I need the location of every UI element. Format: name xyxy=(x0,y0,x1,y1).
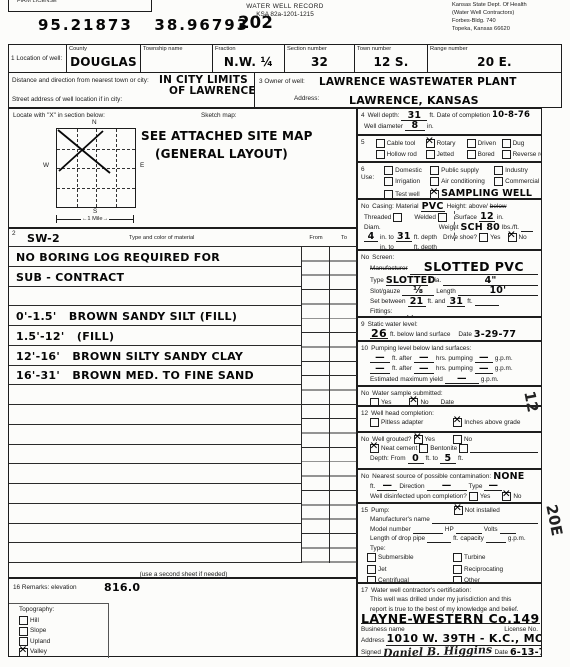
pump-volts-blank[interactable] xyxy=(500,525,516,534)
not-installed-checkbox[interactable]: ✕ xyxy=(454,506,463,515)
topography-item[interactable]: ✕ Valley xyxy=(19,648,108,657)
use-item-label: Public supply xyxy=(441,167,479,174)
screen-dia-value[interactable]: 4" xyxy=(443,276,538,286)
well-depth-value[interactable]: 31 xyxy=(401,111,427,121)
drill-method-checkbox[interactable] xyxy=(467,139,476,148)
log-row[interactable] xyxy=(9,425,301,445)
location-cell: Range number 20 E. xyxy=(428,45,561,72)
pump-type-label: Jet xyxy=(378,566,387,573)
drill-method-item-label: Reverse rotary xyxy=(513,151,542,158)
neat-cement-checkbox[interactable]: ✕ xyxy=(370,444,379,453)
casing-depth-value[interactable]: 31 xyxy=(396,232,412,242)
topography-item-label: Slope xyxy=(30,627,46,635)
firm-license-box: FIRM LICENSE xyxy=(8,0,152,12)
use-item[interactable]: Irrigation xyxy=(384,177,430,186)
log-row[interactable]: 16'-31' BROWN MED. TO FINE SAND xyxy=(9,366,301,386)
well-id-handwritten[interactable]: SW-2 xyxy=(27,232,60,245)
log-material-header: Type and color of material xyxy=(129,235,194,242)
topography-box: Topography: Hill Slope Upland ✕ Valley xyxy=(9,603,109,658)
grouted-yes-checkbox[interactable]: ✕ xyxy=(414,435,423,444)
section-pumping-level: 10Pumping level below land surfaces: —ft… xyxy=(357,341,542,386)
location-cell-label: Range number xyxy=(430,46,559,53)
topography-item[interactable]: Upland xyxy=(19,637,108,646)
use-checkbox[interactable] xyxy=(494,166,503,175)
location-cell-label: Township name xyxy=(143,46,210,53)
pump-type-checkbox[interactable] xyxy=(367,553,376,562)
agency-address-block: Kansas State Dept. Of Health(Water Well … xyxy=(452,2,564,34)
pump-model-blank[interactable] xyxy=(413,525,443,534)
compass-west-label: W xyxy=(43,162,49,170)
section-static-level: 9Static water level: 26ft. below land su… xyxy=(357,317,542,341)
form-title-block: WATER WELL RECORD KSA 82a-1201-1215 xyxy=(195,3,375,19)
owner-row-divider xyxy=(254,73,255,107)
scale-label-group: ←1 Mile→ xyxy=(81,216,110,223)
log-row[interactable] xyxy=(9,543,301,563)
log-row-text: NO BORING LOG REQUIRED FOR xyxy=(16,249,220,266)
topography-item[interactable]: Hill xyxy=(19,616,108,625)
log-row-text: 1.5'-12' (FILL) xyxy=(16,328,114,345)
use-other-value[interactable]: SAMPLING WELL xyxy=(441,188,532,199)
use-item-label: Commercial xyxy=(505,178,539,185)
pump-type-item[interactable]: Jet xyxy=(367,565,453,574)
log-row[interactable]: SUB - CONTRACT xyxy=(9,267,301,287)
pump-type-item[interactable]: Other xyxy=(453,576,538,583)
pump-hp-blank[interactable] xyxy=(456,525,482,534)
casing-weight-value[interactable]: SCH 80 xyxy=(460,223,500,232)
log-row[interactable]: NO BORING LOG REQUIRED FOR xyxy=(9,247,301,267)
log-row[interactable] xyxy=(9,287,301,307)
log-footer-note: (use a second sheet if needed) xyxy=(140,571,228,578)
log-footer: (use a second sheet if needed) xyxy=(9,563,358,579)
use-checkbox[interactable] xyxy=(384,190,393,199)
casing-divider xyxy=(454,211,455,241)
topography-item-label: Upland xyxy=(30,638,50,646)
pump-type-item[interactable]: Centrifugal xyxy=(367,576,453,583)
location-cell: Township name xyxy=(141,45,213,72)
log-header-row: 2 SW-2 Type and color of material From T… xyxy=(9,229,358,247)
location-cell-label: County xyxy=(69,46,138,53)
section-casing: NoCasing:MaterialPVCHeight: above/below … xyxy=(357,199,542,250)
section-screen: NoScreen: ManufacturerSLOTTED PVC TypeSL… xyxy=(357,250,542,317)
drive-shoe-no-checkbox[interactable]: ✕ xyxy=(508,233,517,242)
drill-method-checkbox[interactable] xyxy=(467,150,476,159)
sample-date-blank[interactable] xyxy=(456,398,484,406)
drill-method-checkbox[interactable] xyxy=(502,139,511,148)
section-grouting: NoWell grouted?✕YesNo ✕Neat cementBenton… xyxy=(357,432,542,469)
pump-type-checkbox[interactable] xyxy=(367,576,376,583)
use-other-item[interactable]: ✕ SAMPLING WELL xyxy=(430,188,539,199)
well-diameter-value[interactable]: 8 xyxy=(405,121,425,131)
topography-item[interactable]: Slope xyxy=(19,627,108,636)
log-section-no: 2 xyxy=(12,230,16,238)
location-cell: Town number 12 S. xyxy=(355,45,428,72)
completion-date-value[interactable]: 10-8-76 xyxy=(492,111,530,120)
log-row-text: 16'-31' BROWN MED. TO FINE SAND xyxy=(16,367,254,384)
pumping-gpm-2[interactable]: — xyxy=(475,364,493,374)
owner-value[interactable]: LAWRENCE WASTEWATER PLANT xyxy=(319,76,517,88)
drill-method-item[interactable]: Dug xyxy=(502,139,542,148)
casing-depth2-blank[interactable] xyxy=(396,243,412,251)
casing-diam-value[interactable]: 4 xyxy=(364,232,378,242)
estimated-yield[interactable]: — xyxy=(445,374,479,384)
use-item-label: Domestic xyxy=(395,167,422,174)
section-grid[interactable] xyxy=(56,128,136,208)
use-checkbox[interactable] xyxy=(384,166,393,175)
use-other-checkbox[interactable]: ✕ xyxy=(430,190,439,199)
pump-type-item[interactable]: Turbine xyxy=(453,553,538,562)
log-row-text: 0'-1.5' BROWN SANDY SILT (FILL) xyxy=(16,308,237,325)
log-row-text: 12'-16' BROWN SILTY SANDY CLAY xyxy=(16,348,243,365)
distance-value-line2[interactable]: OF LAWRENCE xyxy=(169,85,256,97)
use-checkbox[interactable] xyxy=(430,177,439,186)
agency-address-line: Kansas State Dept. Of Health xyxy=(452,2,564,9)
agency-address-line: (Water Well Contractors) xyxy=(452,10,564,17)
business-name-value: LAYNE-WESTERN Co. xyxy=(361,614,512,623)
topography-label: Topography: xyxy=(19,606,108,614)
use-item-label: Irrigation xyxy=(395,178,420,185)
pumping-hrs-1[interactable]: — xyxy=(414,353,434,363)
drill-method-item-label: Dug xyxy=(513,140,525,147)
above-grade-checkbox[interactable]: ✕ xyxy=(453,418,462,427)
casing-diam2-blank[interactable] xyxy=(364,243,378,251)
pumping-ft-1[interactable]: — xyxy=(370,353,390,363)
pump-type-label: Reciprocating xyxy=(464,566,503,573)
disinfected-no-checkbox[interactable]: ✕ xyxy=(502,492,511,501)
section-well-depth: 4Well depth:31ft.Date of completion10-8-… xyxy=(357,108,542,135)
grouted-no-checkbox[interactable] xyxy=(453,435,462,444)
owner-label: Owner of well: xyxy=(264,78,305,85)
log-row[interactable]: 1.5'-12' (FILL) xyxy=(9,326,301,346)
pump-type-checkbox[interactable] xyxy=(453,553,462,562)
drill-method-checkbox[interactable] xyxy=(376,150,385,159)
pump-drop-blank[interactable] xyxy=(427,534,451,543)
grout-other-checkbox[interactable] xyxy=(459,444,468,453)
certification-date-value[interactable]: 6-13-77 xyxy=(510,648,538,658)
log-row[interactable]: 12'-16' BROWN SILTY SANDY CLAY xyxy=(9,346,301,366)
use-item[interactable]: Public supply xyxy=(430,166,494,175)
grout-to-value[interactable]: 5 xyxy=(440,454,456,464)
location-row: 1 Location of well: County DOUGLAS Towns… xyxy=(8,44,562,73)
use-checkbox[interactable] xyxy=(384,177,393,186)
use-item-label: Industry xyxy=(505,167,528,174)
location-row-label-cell: 1 Location of well: xyxy=(9,45,67,72)
log-from-header: From xyxy=(303,235,329,242)
location-cell-value[interactable]: 12 S. xyxy=(357,55,425,69)
drill-method-item[interactable]: Hollow rod xyxy=(376,150,426,159)
disinfected-yes-checkbox[interactable] xyxy=(469,492,478,501)
remarks-label-group: 16 Remarks: elevation xyxy=(13,584,77,592)
location-cell: County DOUGLAS xyxy=(67,45,141,72)
form-title: WATER WELL RECORD xyxy=(195,3,375,11)
bentonite-checkbox[interactable] xyxy=(419,444,428,453)
static-level-date[interactable]: 3-29-77 xyxy=(474,330,516,339)
log-to-column[interactable] xyxy=(329,247,358,563)
screen-manufacturer-value: SLOTTED PVC xyxy=(424,259,524,274)
drill-method-item[interactable]: Reverse rotary xyxy=(502,150,542,159)
welded-checkbox[interactable] xyxy=(438,213,447,222)
water-well-record-form: FIRM LICENSE 95.21873 38.96793 202 WATER… xyxy=(0,0,570,667)
screen-slot-value[interactable]: ⅛ xyxy=(402,286,434,296)
use-item[interactable]: Commercial xyxy=(494,177,539,186)
mile-scale: ←1 Mile→ xyxy=(56,215,134,223)
lithology-log: 2 SW-2 Type and color of material From T… xyxy=(8,228,357,578)
sketch-note-line2: (GENERAL LAYOUT) xyxy=(155,147,288,161)
drill-method-checkbox[interactable]: ✕ xyxy=(426,139,435,148)
pump-type-checkbox[interactable] xyxy=(453,565,462,574)
drill-method-item-label: Hollow rod xyxy=(387,151,417,158)
owner-address-value[interactable]: LAWRENCE, KANSAS xyxy=(349,94,479,107)
location-cells: County DOUGLAS Township name Fraction N.… xyxy=(67,45,561,72)
log-row[interactable]: 0'-1.5' BROWN SANDY SILT (FILL) xyxy=(9,306,301,326)
contamination-ft[interactable]: — xyxy=(377,481,397,491)
use-item[interactable]: Test well xyxy=(384,188,430,199)
grout-other-blank[interactable] xyxy=(470,444,538,453)
sketch-map-label: Sketch map: xyxy=(201,112,237,120)
pump-type-item[interactable]: Submersible xyxy=(367,553,453,562)
scale-tick-right xyxy=(133,215,134,223)
drill-method-item-label: Bored xyxy=(478,151,495,158)
distance-label: Distance and direction from nearest town… xyxy=(12,77,149,85)
use-item-label: Test well xyxy=(395,191,420,198)
drive-shoe-yes-checkbox[interactable] xyxy=(479,233,488,242)
log-row[interactable] xyxy=(9,405,301,425)
compass-east-label: E xyxy=(140,162,144,170)
pump-type-checkbox[interactable] xyxy=(453,576,462,583)
location-cell-value[interactable]: 20 E. xyxy=(430,55,559,69)
topography-checkbox[interactable] xyxy=(19,616,28,625)
pumping-ft-2[interactable]: — xyxy=(370,364,390,374)
drill-method-items: Cable tool ✕ Rotary Driven Dug Hollow ro… xyxy=(376,139,542,159)
sample-no-checkbox[interactable]: ✕ xyxy=(409,398,418,406)
remarks-label: Remarks: elevation xyxy=(22,584,77,591)
license-number-value: 149 xyxy=(512,614,539,623)
signature-value: Daniel B. Higgins xyxy=(383,645,492,657)
section-contamination: NoNearest source of possible contaminati… xyxy=(357,469,542,503)
topography-checkbox[interactable] xyxy=(19,627,28,636)
drill-method-item[interactable]: ✕ Rotary xyxy=(426,139,467,148)
form-statute: KSA 82a-1201-1215 xyxy=(195,11,375,19)
sketch-area: Locate with "X" in section below: Sketch… xyxy=(8,108,357,228)
log-rows: NO BORING LOG REQUIRED FORSUB - CONTRACT… xyxy=(9,247,301,563)
topography-item-label: Hill xyxy=(30,617,39,625)
section-water-sample: NoWater sample submitted: Yes✕NoDate xyxy=(357,386,542,406)
drill-method-no: 5 xyxy=(361,139,365,147)
log-row[interactable] xyxy=(9,464,301,484)
location-cell-value[interactable]: DOUGLAS xyxy=(69,55,138,69)
topography-checkbox[interactable]: ✕ xyxy=(19,648,28,657)
compass-north-label: N xyxy=(92,119,97,127)
casing-weight-blank[interactable] xyxy=(521,223,533,232)
threaded-checkbox[interactable] xyxy=(393,213,402,222)
use-label-group: 6 Use: xyxy=(361,166,374,182)
x-mark xyxy=(57,129,135,207)
pump-type-checkbox[interactable] xyxy=(367,565,376,574)
drill-method-item-label: Driven xyxy=(478,140,496,147)
section-wellhead: 12Well head completion: Pitless adapter✕… xyxy=(357,406,542,432)
owner-row: Distance and direction from nearest town… xyxy=(8,73,562,108)
log-row[interactable] xyxy=(9,524,301,544)
business-name-line[interactable]: LAYNE-WESTERN Co.149 xyxy=(361,614,540,624)
use-checkbox[interactable] xyxy=(494,177,503,186)
use-item[interactable]: Air conditioning xyxy=(430,177,494,186)
section-drill-method: 5 Cable tool ✕ Rotary Driven Dug Hollow … xyxy=(357,135,542,162)
location-row-label: 1 Location of well: xyxy=(11,55,62,62)
drill-method-item[interactable]: Bored xyxy=(467,150,502,159)
location-cell: Section number 32 xyxy=(285,45,355,72)
pump-type-label: Turbine xyxy=(464,554,485,561)
drill-method-item-label: Rotary xyxy=(437,140,456,147)
pitless-checkbox[interactable] xyxy=(370,418,379,427)
screen-set-blank[interactable] xyxy=(475,297,499,306)
firm-license-label: FIRM LICENSE xyxy=(17,0,57,5)
use-item[interactable]: Domestic xyxy=(384,166,430,175)
use-checkbox[interactable] xyxy=(430,166,439,175)
use-item-label: Air conditioning xyxy=(441,178,485,185)
drill-method-item[interactable]: Jetted xyxy=(426,150,467,159)
use-item[interactable]: Industry xyxy=(494,166,539,175)
grout-from-value[interactable]: 0 xyxy=(408,454,424,464)
drill-method-item[interactable]: Driven xyxy=(467,139,502,148)
drill-method-checkbox[interactable] xyxy=(502,150,511,159)
screen-manufacturer-blank[interactable]: SLOTTED PVC xyxy=(410,262,538,275)
location-cell: Fraction N.W. ¼ xyxy=(213,45,285,72)
signature-line[interactable]: Daniel B. Higgins xyxy=(383,647,493,658)
log-to-header: To xyxy=(331,235,357,242)
log-row[interactable] xyxy=(9,484,301,504)
drill-method-checkbox[interactable] xyxy=(426,150,435,159)
drill-method-item[interactable]: Cable tool xyxy=(376,139,426,148)
casing-material-value[interactable]: PVC xyxy=(421,202,445,212)
owner-label-group: 3 Owner of well: xyxy=(259,78,305,86)
topography-item-label: Valley xyxy=(30,648,47,656)
drill-method-checkbox[interactable] xyxy=(376,139,385,148)
location-cell-value[interactable]: 32 xyxy=(287,55,352,69)
location-cell-label: Town number xyxy=(357,46,425,53)
screen-length-value[interactable]: 10' xyxy=(458,286,538,296)
screen-set-from-value[interactable]: 21 xyxy=(408,297,426,307)
remarks-no: 16 xyxy=(13,584,20,591)
owner-address-label: Address: xyxy=(294,95,319,103)
agency-address-line: Forbes-Bldg. 740 xyxy=(452,18,564,25)
screen-set-to-value[interactable]: 31 xyxy=(447,297,465,307)
screen-type-value[interactable]: SLOTTED xyxy=(386,276,428,286)
contamination-type[interactable]: — xyxy=(484,481,502,491)
log-row[interactable] xyxy=(9,504,301,524)
log-row[interactable] xyxy=(9,445,301,465)
location-cell-label: Fraction xyxy=(215,46,282,53)
pump-capacity-blank[interactable] xyxy=(486,534,506,543)
section-pump: 15Pump:✕Not installed Manufacturer's nam… xyxy=(357,503,542,583)
drill-method-item-label: Cable tool xyxy=(387,140,416,147)
sketch-note-line1: SEE ATTACHED SITE MAP xyxy=(141,129,313,143)
pump-type-label: Submersible xyxy=(378,554,414,561)
street-address-label: Street address of well location if in ci… xyxy=(12,96,122,104)
pump-manufacturer-blank[interactable] xyxy=(432,515,538,524)
location-cell-label: Section number xyxy=(287,46,352,53)
use-items: Domestic Public supply Industry Irrigati… xyxy=(384,166,539,199)
drill-method-item-label: Jetted xyxy=(437,151,454,158)
pumping-hrs-2[interactable]: — xyxy=(414,364,434,374)
log-row[interactable] xyxy=(9,385,301,405)
log-row-text: SUB - CONTRACT xyxy=(16,269,124,286)
pump-type-items: Submersible Turbine Jet Reciprocating Ce… xyxy=(367,553,538,583)
sample-yes-checkbox[interactable] xyxy=(370,398,379,406)
pumping-gpm-1[interactable]: — xyxy=(475,353,493,363)
section-certification: 17Water well contractor's certification:… xyxy=(357,583,542,657)
pump-type-item[interactable]: Reciprocating xyxy=(453,565,538,574)
static-level-value[interactable]: 26 xyxy=(370,329,388,339)
contamination-direction[interactable]: — xyxy=(427,481,467,491)
topography-items: Hill Slope Upland ✕ Valley xyxy=(19,616,108,657)
remarks-section: 16 Remarks: elevation 816.0 Topography: … xyxy=(8,578,357,657)
location-cell-value[interactable]: N.W. ¼ xyxy=(215,55,282,69)
log-from-column[interactable] xyxy=(301,247,329,563)
agency-address-line: Topeka, Kansas 66620 xyxy=(452,26,564,33)
owner-no: 3 xyxy=(259,78,263,85)
casing-surface-value[interactable]: 12 xyxy=(479,212,495,222)
section-use: 6 Use: Domestic Public supply Industry xyxy=(357,162,542,199)
elevation-value[interactable]: 816.0 xyxy=(104,581,140,594)
